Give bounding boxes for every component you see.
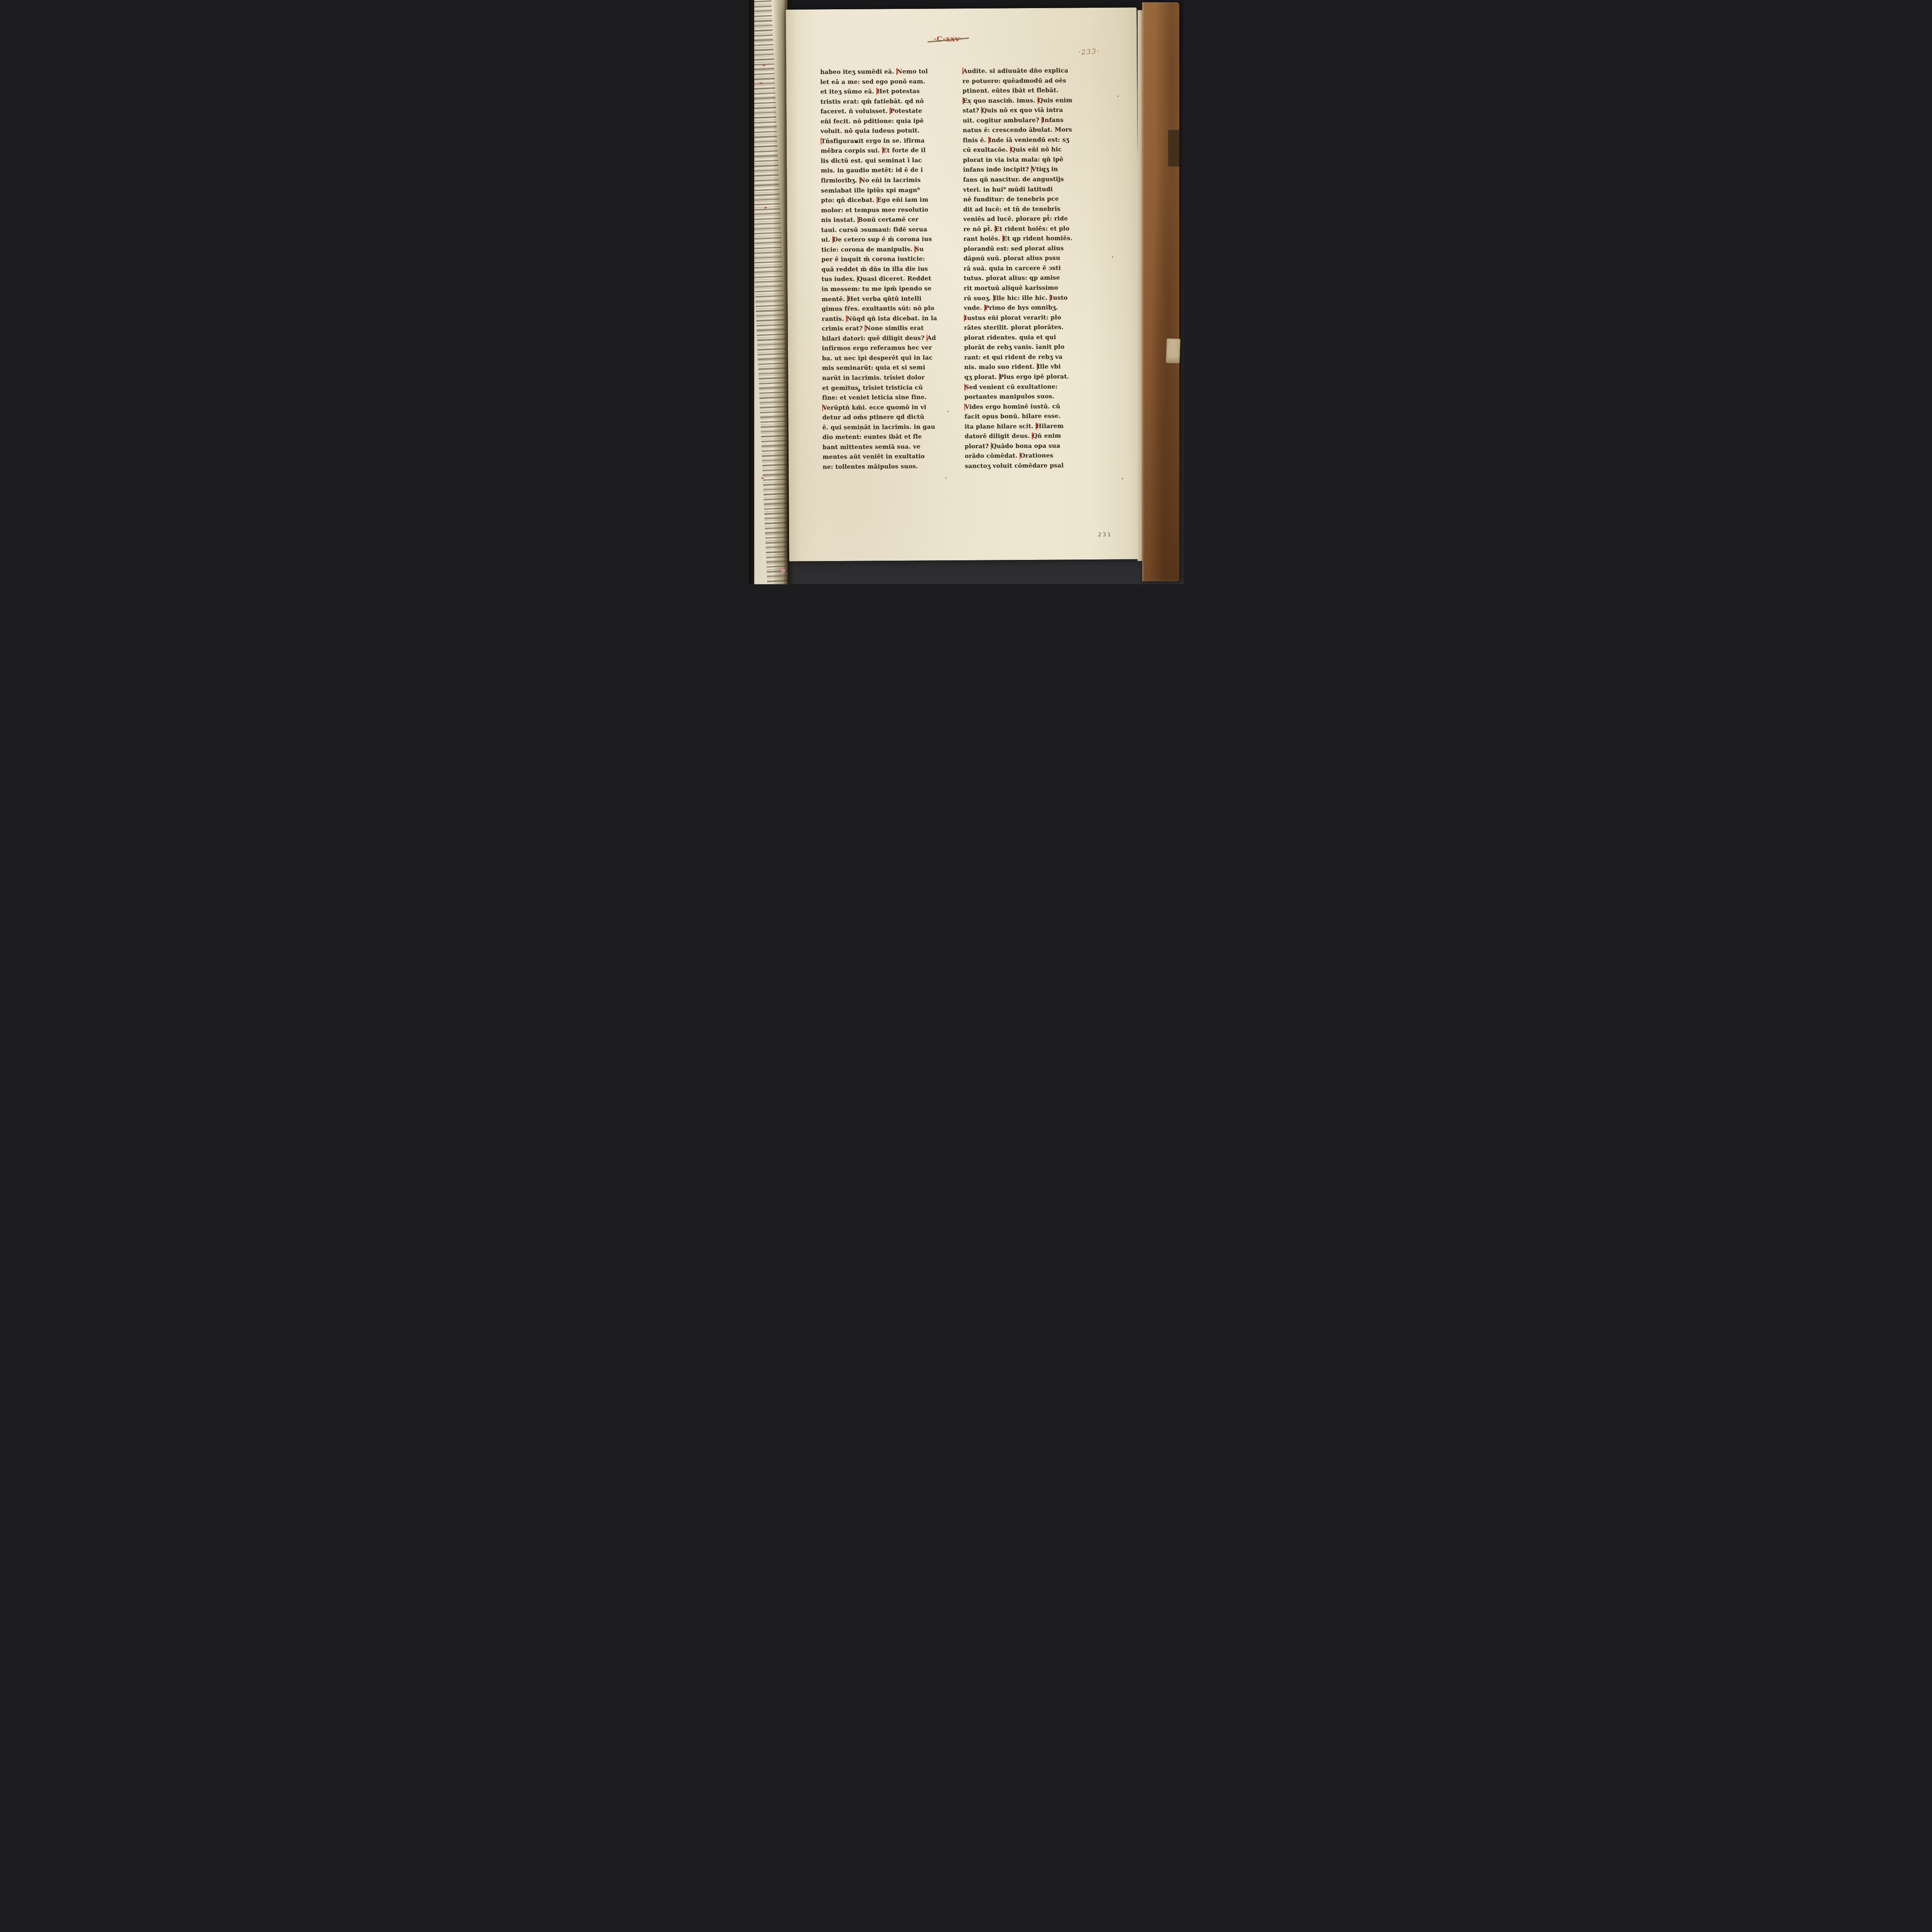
text-line: tus iudex. Quasi diceret. Reddet: [821, 274, 957, 285]
stamped-page-number: 231: [1098, 532, 1112, 538]
manuscript-page: ·C·xxv· ·233· habeo iteʒ sumēdi eā. Nemo…: [786, 7, 1140, 561]
wormhole-speck: [945, 477, 946, 478]
text-line: ē. qui semināt in lacrimis. in gau: [822, 422, 958, 433]
red-touched-initial: I: [988, 136, 992, 143]
text-line: pto: qn̄ dicebat. Ego en̄i iam im: [821, 195, 957, 206]
text-line: rā suā. quia in carcere ē ɔsti: [963, 263, 1099, 274]
red-touched-initial: B: [857, 216, 862, 223]
red-touched-initial: I: [1041, 116, 1045, 123]
red-touched-initial: Q: [991, 442, 997, 449]
text-line: nis instat. Bonū certamē cer: [821, 214, 957, 225]
text-line: let eā a me: sed ego ponō eam.: [820, 77, 956, 87]
text-line: mentes aūt veniēt in exultatio: [822, 451, 958, 462]
red-touched-initial: S: [914, 246, 919, 253]
text-line: et gemitus. trīsiet tristicia cū: [822, 383, 958, 393]
red-touched-initial: E: [882, 147, 887, 154]
red-touched-initial: A: [926, 334, 931, 341]
red-touched-initial: Q: [1032, 432, 1037, 439]
text-line: ptinent. eūtes ibāt et flebāt.: [962, 85, 1098, 96]
text-line: rātes sterilit. plorat plorātes.: [964, 322, 1100, 333]
red-touched-initial: N: [846, 315, 852, 322]
text-line: Sed venient cū exultatione:: [964, 381, 1100, 392]
text-line: vnde. Primo de hys omnibʒ.: [964, 303, 1100, 313]
folio-number: ·233·: [1078, 47, 1100, 56]
text-line: in messem: tu me ipm̄ ipendo se: [821, 284, 957, 294]
red-touched-initial: V: [1031, 166, 1036, 173]
text-column-right: Audite. si adiuuāte dn̄o explicare potue…: [962, 66, 1100, 471]
text-line: Verūptn̄ km̄i. ecce quomō in vi: [822, 402, 958, 413]
red-touched-initial: I: [1049, 294, 1053, 301]
red-touched-initial: N: [859, 177, 865, 184]
red-touched-initial: S: [964, 383, 969, 390]
leather-binding: [1142, 2, 1179, 581]
text-line: Iustus en̄i plorat verarit: plo: [964, 313, 1100, 323]
red-touched-initial: V: [964, 403, 969, 410]
text-line: portantes manipulos suos.: [964, 391, 1100, 402]
text-line: dio metent: euntes ibāt et fle: [822, 432, 958, 442]
manuscript-photo: ·C·xxv· ·233· habeo iteʒ sumēdi eā. Nemo…: [749, 0, 1184, 584]
text-line: plorat in via ista mala: qn̄ ipē: [963, 155, 1099, 165]
red-touched-initial: O: [1019, 452, 1025, 459]
text-line: gimus fr̄es. exultantis sūt: nō plo: [821, 303, 957, 314]
text-line: dit ad lucē: et tn̄ de tenebris: [963, 204, 1099, 214]
text-line: plorat? Quādo bona opa sua: [964, 441, 1100, 452]
red-touched-initial: H: [876, 88, 882, 95]
text-line: lis dictū est. qui seminat ī lac: [820, 155, 956, 166]
text-line: re potuero: quēadmodū ad oēs: [962, 75, 1098, 86]
text-line: et iteʒ sūmo eā. Het potestas: [820, 86, 956, 97]
red-touched-initial: N: [865, 325, 871, 332]
red-touched-initial: E: [876, 196, 881, 203]
red-touched-initial: Q: [981, 107, 987, 114]
text-line: dāpnū suū. plorat alius pssu: [963, 253, 1099, 264]
text-line: qʒ plorat. Plus ergo ipē plorat.: [964, 372, 1100, 383]
text-line: mis. in gaudio metēt: id ē de i: [821, 165, 957, 176]
text-line: fans qn̄ nascitur. de angustijs: [963, 174, 1099, 185]
text-line: firmioribʒ. No en̄i in lacrimis: [821, 175, 957, 186]
red-touched-initial: P: [984, 304, 989, 311]
binding-tab: [1168, 129, 1179, 167]
text-line: re nō pt̄. Et rident hoiēs: et plo: [963, 224, 1099, 235]
text-line: ne: tollentes māipulos suos.: [822, 461, 958, 472]
text-line: tutus. plorat alius: qp amise: [963, 273, 1099, 284]
red-touched-initial: E: [994, 225, 999, 232]
text-column-left: habeo iteʒ sumēdi eā. Nemo tollet eā a m…: [820, 66, 958, 472]
text-line: mēbra corpis sui. Et forte de il: [820, 145, 956, 156]
red-touched-initial: P: [889, 107, 894, 114]
text-line: semiabat ille ipiūs xpi magn⁹: [821, 185, 957, 196]
red-touched-initial: Q: [857, 276, 862, 282]
text-line: hilari datori: quē diligit deus? Ad: [821, 333, 957, 344]
text-line: quā reddet m̄ dn̄s in illa die ius: [821, 264, 957, 275]
wormhole-speck: [855, 141, 857, 143]
red-touched-initial: I: [1036, 363, 1040, 370]
text-line: crimis erat? None similis erat: [821, 323, 957, 334]
text-line: stat? Quis nō ex quo viā intra: [963, 105, 1099, 116]
text-line: plorāt de rebʒ vanis. īanit plo: [964, 342, 1100, 353]
red-touched-initial: E: [963, 97, 968, 104]
chapter-heading-rubric: ·C·xxv·: [933, 34, 963, 44]
text-line: taui. cursū ɔsumaui: fidē serua: [821, 224, 957, 235]
text-line: ui. De cetero sup ē m̄ corona ius: [821, 234, 957, 245]
text-line: sanctoʒ voluit cōmēdare psal: [964, 461, 1100, 471]
text-line: infirmos ergo referamus hec ver: [821, 343, 957, 354]
text-line: mis seminarūt: quia et si semi: [822, 362, 958, 373]
text-line: Vides ergo hominē iustū. cū: [964, 401, 1100, 412]
red-touched-initial: N: [896, 68, 902, 75]
text-line: molor: et tempus mee resolutio: [821, 205, 957, 216]
text-line: vteri. in hui⁹ mūdi latitudi: [963, 184, 1099, 195]
text-line: faceret. n̄ voluisset. Potestate: [820, 106, 956, 117]
red-touched-initial: Q: [1037, 97, 1043, 104]
text-line: narūt in lacrimis. trīsiet dolor: [822, 372, 958, 383]
red-touched-initial: E: [1002, 235, 1007, 242]
text-line: ticie: corona de manipulis. Su: [821, 244, 957, 255]
text-line: Audite. si adiuuāte dn̄o explica: [962, 66, 1098, 77]
clasp-remnant: [1165, 338, 1180, 363]
text-line: mentē. Het verba qn̄tū intelli: [821, 294, 957, 304]
text-line: rant hoiēs. Et qp rident homiēs.: [963, 233, 1099, 244]
text-line: voluit. nō quia iudeus potuit.: [820, 126, 956, 136]
wormhole-speck: [947, 411, 948, 412]
wormhole-speck: [1112, 257, 1113, 258]
text-line: uit. cogitur ambulare? Infans: [963, 115, 1099, 126]
wormhole-speck: [860, 430, 861, 432]
wormhole-speck: [858, 390, 860, 392]
text-line: ita plane hilare scit. Hilarem: [964, 421, 1100, 432]
text-line: habeo iteʒ sumēdi eā. Nemo tol: [820, 66, 956, 77]
text-line: cū exultacōe. Quis en̄i nō hic: [963, 145, 1099, 155]
red-touched-initial: H: [847, 295, 853, 302]
text-line: veniēs ad lucē. plorare pt̄: ride: [963, 214, 1099, 224]
text-line: Tn̄sfigurauit ergo in se. ifirma: [820, 136, 956, 146]
text-line: ba. ut nec ipi desperēt qui in lac: [822, 353, 958, 364]
text-line: nis. malo suo rident. Ille vbi: [964, 362, 1100, 372]
text-line: rū suoʒ. Ille hic: ille hic. Iusto: [964, 293, 1100, 303]
text-line: facit opus bonū. hilare esse.: [964, 411, 1100, 422]
text-line: orādo cōmēdat. Orationes: [964, 451, 1100, 461]
wormhole-speck: [1122, 478, 1123, 479]
red-touched-initial: P: [999, 373, 1004, 380]
text-line: en̄i fecit. nō pditione: quia ipē: [820, 116, 956, 127]
red-touched-initial: Q: [1010, 146, 1015, 153]
text-line: rit mortuū aliquē karissimo: [963, 283, 1099, 294]
text-line: rantis. Nūqd qn̄ ista dicebat. in la: [821, 313, 957, 324]
wormhole-speck: [970, 104, 971, 105]
red-touched-initial: I: [964, 315, 967, 321]
text-line: datorē diligit deus. Qn̄ enim: [964, 431, 1100, 442]
text-line: bant mittentes semiā sua. ve: [822, 442, 958, 452]
text-line: nē funditur: de tenebris pce: [963, 194, 1099, 205]
red-touched-initial: I: [993, 294, 997, 301]
text-line: Ex quo nascim̄. imus. Quis enim: [963, 95, 1099, 106]
text-line: per ē inquit m̄ corona iusticie:: [821, 254, 957, 265]
text-line: detur ad om̄s ptinere qd dictū: [822, 412, 958, 423]
text-line: rant: et qui rident de rebʒ va: [964, 352, 1100, 363]
text-line: natus ē: crescendo ābulat. Mors: [963, 125, 1099, 136]
red-touched-initial: D: [832, 236, 838, 243]
red-touched-initial: T: [820, 138, 825, 145]
red-touched-initial: H: [1035, 422, 1041, 429]
text-line: finis ē. Inde iā veniendū est: sʒ: [963, 135, 1099, 146]
text-line: fine: et veniet leticia sine fine.: [822, 392, 958, 403]
text-line: plorat ridentes. quia et qui: [964, 332, 1100, 343]
text-line: tristis erat: qm̄ fatiebāt. qd nō: [820, 96, 956, 107]
red-touched-initial: A: [962, 68, 967, 75]
wormhole-speck: [1117, 96, 1119, 97]
text-line: plorandū est: sed plorat alius: [963, 243, 1099, 254]
red-touched-initial: V: [822, 404, 827, 411]
text-line: infans inde incipit? Vtiqʒ in: [963, 164, 1099, 175]
